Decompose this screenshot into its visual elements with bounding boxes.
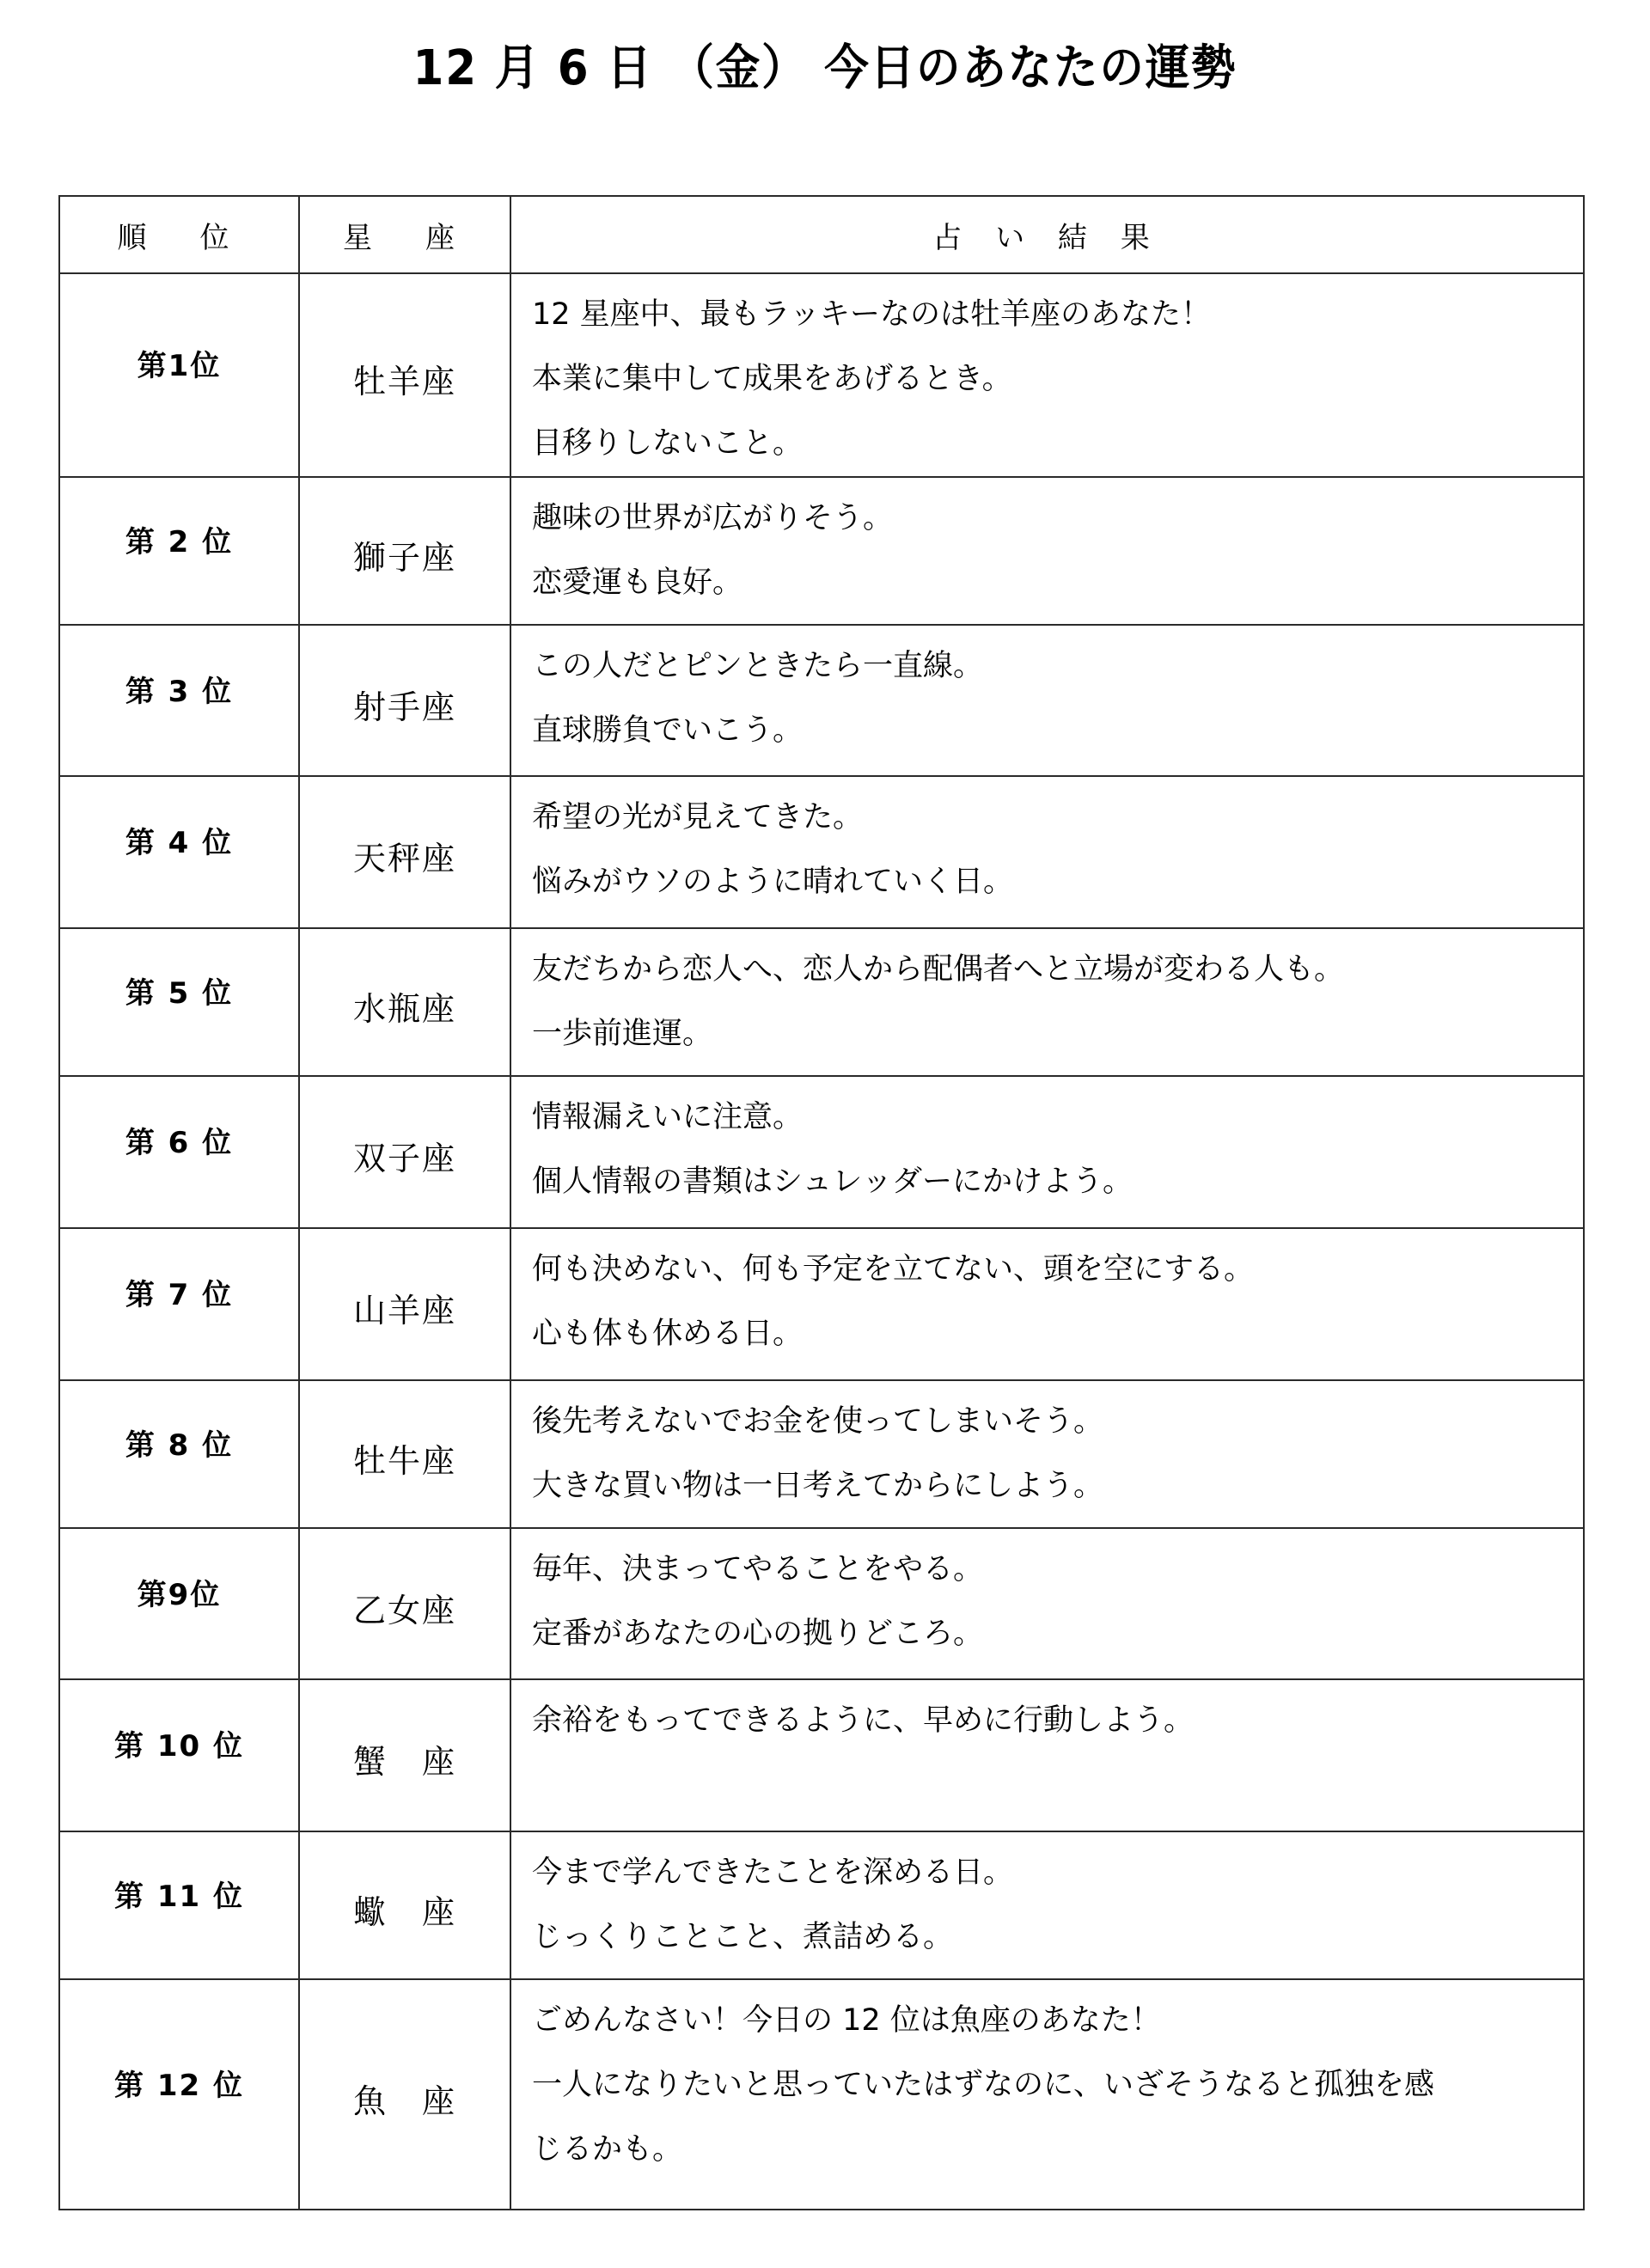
rank-label: 第 10 位 — [114, 1722, 244, 1764]
table-header-row: 順 位 星 座 占 い 結 果 — [59, 196, 1584, 273]
result-cell: 後先考えないでお金を使ってしまいそう。大きな買い物は一日考えてからにしよう。 — [510, 1380, 1584, 1528]
table-row: 第 6 位双子座情報漏えいに注意。個人情報の書類はシュレッダーにかけよう。 — [59, 1076, 1584, 1228]
rank-cell: 第 11 位 — [59, 1831, 299, 1979]
sign-cell: 魚 座 — [299, 1979, 510, 2210]
result-cell: 希望の光が見えてきた。悩みがウソのように晴れていく日。 — [510, 776, 1584, 928]
result-text-line: 大きな買い物は一日考えてからにしよう。 — [532, 1454, 1583, 1519]
header-sign: 星 座 — [299, 196, 510, 273]
result-cell: 趣味の世界が広がりそう。恋愛運も良好。 — [510, 477, 1584, 625]
rank-label: 第 11 位 — [114, 1873, 244, 1915]
result-cell: 今まで学んできたことを深める日。じっくりことこと、煮詰める。 — [510, 1831, 1584, 1979]
result-text-line: ごめんなさい！今日の 12 位は魚座のあなた！ — [532, 1989, 1583, 2053]
rank-cell: 第 3 位 — [59, 625, 299, 776]
result-text-line: 趣味の世界が広がりそう。 — [532, 486, 1583, 551]
zodiac-sign-label: 双子座 — [353, 1132, 456, 1179]
zodiac-sign-label: 山羊座 — [353, 1284, 456, 1331]
fortune-table: 順 位 星 座 占 い 結 果 第1位牡羊座12 星座中、最もラッキーなのは牡羊… — [58, 195, 1585, 2210]
rank-cell: 第 6 位 — [59, 1076, 299, 1228]
sign-cell: 天秤座 — [299, 776, 510, 928]
result-text-line: 希望の光が見えてきた。 — [532, 786, 1583, 850]
result-text-line: 12 星座中、最もラッキーなのは牡羊座のあなた！ — [532, 283, 1583, 347]
rank-label: 第 8 位 — [125, 1421, 233, 1464]
zodiac-sign-label: 天秤座 — [353, 832, 456, 879]
table-row: 第 7 位山羊座何も決めない、何も予定を立てない、頭を空にする。心も体も休める日… — [59, 1228, 1584, 1380]
result-cell: 情報漏えいに注意。個人情報の書類はシュレッダーにかけよう。 — [510, 1076, 1584, 1228]
table-row: 第 2 位獅子座趣味の世界が広がりそう。恋愛運も良好。 — [59, 477, 1584, 625]
zodiac-sign-label: 牡牛座 — [353, 1434, 456, 1482]
result-text-line: 情報漏えいに注意。 — [532, 1085, 1583, 1150]
rank-cell: 第9位 — [59, 1528, 299, 1679]
zodiac-sign-label: 蠍 座 — [353, 1886, 456, 1933]
sign-cell: 牡牛座 — [299, 1380, 510, 1528]
result-text-line: 本業に集中して成果をあげるとき。 — [532, 347, 1583, 412]
rank-label: 第 6 位 — [125, 1119, 233, 1161]
sign-cell: 獅子座 — [299, 477, 510, 625]
table-row: 第 8 位牡牛座後先考えないでお金を使ってしまいそう。大きな買い物は一日考えてか… — [59, 1380, 1584, 1528]
table-row: 第 10 位蟹 座余裕をもってできるように、早めに行動しよう。 — [59, 1679, 1584, 1831]
zodiac-sign-label: 魚 座 — [353, 2075, 456, 2122]
rank-label: 第 7 位 — [125, 1271, 233, 1313]
result-text-line: 毎年、決まってやることをやる。 — [532, 1537, 1583, 1602]
sign-cell: 蠍 座 — [299, 1831, 510, 1979]
rank-cell: 第 4 位 — [59, 776, 299, 928]
rank-cell: 第 5 位 — [59, 928, 299, 1076]
sign-cell: 牡羊座 — [299, 273, 510, 477]
result-cell: 余裕をもってできるように、早めに行動しよう。 — [510, 1679, 1584, 1831]
result-text-line: 恋愛運も良好。 — [532, 551, 1583, 615]
result-cell: 何も決めない、何も予定を立てない、頭を空にする。心も体も休める日。 — [510, 1228, 1584, 1380]
rank-cell: 第 8 位 — [59, 1380, 299, 1528]
header-result: 占 い 結 果 — [510, 196, 1584, 273]
sign-cell: 乙女座 — [299, 1528, 510, 1679]
rank-cell: 第 2 位 — [59, 477, 299, 625]
result-text-line: じるかも。 — [532, 2118, 1583, 2182]
result-text-line: 後先考えないでお金を使ってしまいそう。 — [532, 1390, 1583, 1454]
zodiac-sign-label: 水瓶座 — [353, 982, 456, 1030]
sign-cell: 山羊座 — [299, 1228, 510, 1380]
zodiac-sign-label: 牡羊座 — [353, 355, 456, 402]
zodiac-sign-label: 乙女座 — [353, 1584, 456, 1631]
table-row: 第9位乙女座毎年、決まってやることをやる。定番があなたの心の拠りどころ。 — [59, 1528, 1584, 1679]
rank-label: 第 5 位 — [125, 969, 233, 1012]
result-text-line: 何も決めない、何も予定を立てない、頭を空にする。 — [532, 1238, 1583, 1302]
table-row: 第 3 位射手座この人だとピンときたら一直線。直球勝負でいこう。 — [59, 625, 1584, 776]
result-text-line: 個人情報の書類はシュレッダーにかけよう。 — [532, 1150, 1583, 1214]
rank-cell: 第 7 位 — [59, 1228, 299, 1380]
result-text-line: 悩みがウソのように晴れていく日。 — [532, 850, 1583, 914]
table-row: 第 11 位蠍 座今まで学んできたことを深める日。じっくりことこと、煮詰める。 — [59, 1831, 1584, 1979]
result-text-line: 心も体も休める日。 — [532, 1302, 1583, 1366]
result-text-line: 目移りしないこと。 — [532, 412, 1583, 476]
result-text-line: 友だちから恋人へ、恋人から配偶者へと立場が変わる人も。 — [532, 938, 1583, 1002]
page-title: 12 月 6 日 （金） 今日のあなたの運勢 — [66, 34, 1584, 103]
rank-label: 第 3 位 — [125, 668, 233, 710]
zodiac-sign-label: 獅子座 — [353, 531, 456, 578]
sign-cell: 射手座 — [299, 625, 510, 776]
result-cell: この人だとピンときたら一直線。直球勝負でいこう。 — [510, 625, 1584, 776]
sign-cell: 双子座 — [299, 1076, 510, 1228]
rank-label: 第 2 位 — [125, 518, 233, 560]
table-row: 第 4 位天秤座希望の光が見えてきた。悩みがウソのように晴れていく日。 — [59, 776, 1584, 928]
result-text-line: じっくりことこと、煮詰める。 — [532, 1905, 1583, 1970]
result-cell: 友だちから恋人へ、恋人から配偶者へと立場が変わる人も。一歩前進運。 — [510, 928, 1584, 1076]
header-rank: 順 位 — [59, 196, 299, 273]
table-row: 第 12 位魚 座ごめんなさい！今日の 12 位は魚座のあなた！一人になりたいと… — [59, 1979, 1584, 2210]
rank-cell: 第 12 位 — [59, 1979, 299, 2210]
rank-label: 第 4 位 — [125, 819, 233, 861]
table-row: 第 5 位水瓶座友だちから恋人へ、恋人から配偶者へと立場が変わる人も。一歩前進運… — [59, 928, 1584, 1076]
sign-cell: 水瓶座 — [299, 928, 510, 1076]
zodiac-sign-label: 蟹 座 — [353, 1735, 456, 1782]
rank-label: 第1位 — [137, 342, 222, 384]
zodiac-sign-label: 射手座 — [353, 681, 456, 728]
rank-cell: 第1位 — [59, 273, 299, 477]
result-cell: ごめんなさい！今日の 12 位は魚座のあなた！一人になりたいと思っていたはずなの… — [510, 1979, 1584, 2210]
table-body: 第1位牡羊座12 星座中、最もラッキーなのは牡羊座のあなた！本業に集中して成果を… — [59, 273, 1584, 2210]
result-cell: 毎年、決まってやることをやる。定番があなたの心の拠りどころ。 — [510, 1528, 1584, 1679]
rank-cell: 第 10 位 — [59, 1679, 299, 1831]
sign-cell: 蟹 座 — [299, 1679, 510, 1831]
result-text-line: 余裕をもってできるように、早めに行動しよう。 — [532, 1689, 1583, 1753]
result-text-line: この人だとピンときたら一直線。 — [532, 634, 1583, 699]
result-cell: 12 星座中、最もラッキーなのは牡羊座のあなた！本業に集中して成果をあげるとき。… — [510, 273, 1584, 477]
result-text-line: 直球勝負でいこう。 — [532, 699, 1583, 763]
result-text-line: 定番があなたの心の拠りどころ。 — [532, 1602, 1583, 1666]
table-row: 第1位牡羊座12 星座中、最もラッキーなのは牡羊座のあなた！本業に集中して成果を… — [59, 273, 1584, 477]
rank-label: 第9位 — [137, 1571, 222, 1613]
result-text-line: 一人になりたいと思っていたはずなのに、いざそうなると孤独を感 — [532, 2053, 1583, 2118]
result-text-line: 今まで学んできたことを深める日。 — [532, 1841, 1583, 1905]
rank-label: 第 12 位 — [114, 2062, 244, 2104]
result-text-line: 一歩前進運。 — [532, 1002, 1583, 1067]
